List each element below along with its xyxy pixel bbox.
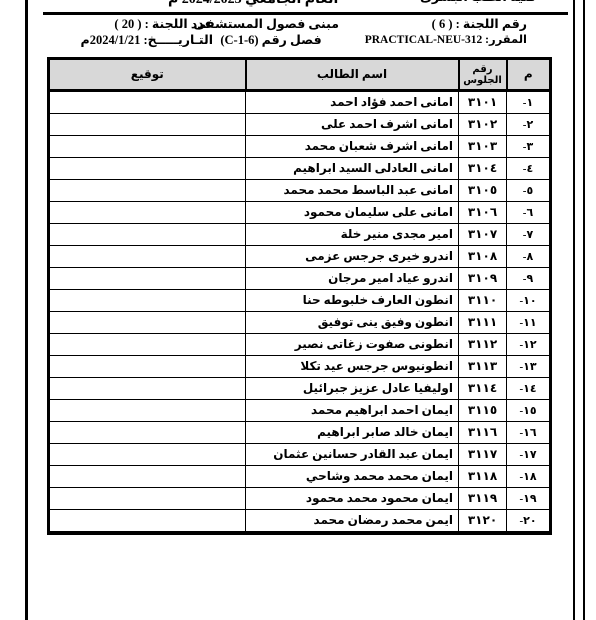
row-number-cell: -١٨ (507, 466, 551, 488)
header-divider-rule (43, 12, 568, 15)
row-number-cell: -١١ (507, 312, 551, 334)
student-name-cell: ايمان خالد صابر ابراهيم (246, 422, 459, 444)
signature-cell (49, 114, 246, 136)
table-row: -٢ ٣١٠٢ امانى اشرف احمد على (49, 114, 551, 136)
header-row: م رقم الجلوس اسم الطالب توقيع (49, 59, 551, 91)
signature-cell (49, 158, 246, 180)
student-name-cell: امير مجدى منير خلة (246, 224, 459, 246)
seat-number-cell: ٣١١٦ (459, 422, 507, 444)
seat-number-cell: ٣١٠٣ (459, 136, 507, 158)
student-name-cell: انطونيوس جرجس عيد تكلا (246, 356, 459, 378)
row-number-cell: -١ (507, 91, 551, 114)
page-border-right-outer (583, 0, 585, 620)
seat-number-cell: ٣١٠٩ (459, 268, 507, 290)
row-number-cell: -٩ (507, 268, 551, 290)
signature-cell (49, 202, 246, 224)
seat-number-cell: ٣١٠٨ (459, 246, 507, 268)
table-row: -١٥ ٣١١٥ ايمان احمد ابراهيم محمد (49, 400, 551, 422)
table-row: -٧ ٣١٠٧ امير مجدى منير خلة (49, 224, 551, 246)
student-name-cell: امانى احمد فؤاد احمد (246, 91, 459, 114)
page-border-right-inner (573, 0, 575, 620)
signature-cell (49, 290, 246, 312)
table-row: -٤ ٣١٠٤ امانى العادلى السيد ابراهيم (49, 158, 551, 180)
table-row: -١٦ ٣١١٦ ايمان خالد صابر ابراهيم (49, 422, 551, 444)
row-number-cell: -١٠ (507, 290, 551, 312)
row-number-cell: -١٧ (507, 444, 551, 466)
signature-cell (49, 180, 246, 202)
student-name-cell: اندرو خيرى جرجس عزمى (246, 246, 459, 268)
signature-cell (49, 400, 246, 422)
table-row: -١٢ ٣١١٢ انطونى صفوت زغاتى نصير (49, 334, 551, 356)
room-number: فصل رقم (C-1-6) (203, 32, 339, 48)
signature-cell (49, 334, 246, 356)
row-number-cell: -٤ (507, 158, 551, 180)
student-name-cell: انطونى صفوت زغاتى نصير (246, 334, 459, 356)
seat-number-cell: ٣١١٧ (459, 444, 507, 466)
col-header-name: اسم الطالب (246, 59, 459, 91)
table-row: -١ ٣١٠١ امانى احمد فؤاد احمد (49, 91, 551, 114)
faculty-title: كلية الطب البشرى (420, 0, 536, 5)
student-name-cell: ايمان احمد ابراهيم محمد (246, 400, 459, 422)
seat-number-cell: ٣١٠٧ (459, 224, 507, 246)
seat-number-cell: ٣١١١ (459, 312, 507, 334)
seat-number-cell: ٣١١٩ (459, 488, 507, 510)
committee-count: عدد اللجنة : ( 20 ) (81, 16, 213, 32)
row-number-cell: -٥ (507, 180, 551, 202)
col-header-seat: رقم الجلوس (459, 59, 507, 91)
course-code: المقرر: PRACTICAL-NEU-312 (365, 32, 527, 48)
row-number-cell: -٧ (507, 224, 551, 246)
seat-number-cell: ٣١١٨ (459, 466, 507, 488)
info-column-left: عدد اللجنة : ( 20 ) التـاريـــــخ: 2024/… (81, 16, 213, 48)
seat-number-cell: ٣١٢٠ (459, 510, 507, 534)
page-border-left (25, 0, 28, 620)
student-name-cell: امانى عبد الباسط محمد محمد (246, 180, 459, 202)
table-row: -١٨ ٣١١٨ ايمان محمد محمد وشاحي (49, 466, 551, 488)
signature-cell (49, 488, 246, 510)
student-name-cell: اوليفيا عادل عزيز جبرائيل (246, 378, 459, 400)
row-number-cell: -١٥ (507, 400, 551, 422)
row-number-cell: -١٩ (507, 488, 551, 510)
exam-date: التـاريـــــخ: 2024/1/21م (81, 32, 213, 48)
row-number-cell: -٦ (507, 202, 551, 224)
table-row: -١٤ ٣١١٤ اوليفيا عادل عزيز جبرائيل (49, 378, 551, 400)
seat-number-cell: ٣١٠٦ (459, 202, 507, 224)
student-name-cell: انطون وفيق ينى توفيق (246, 312, 459, 334)
table-row: -٩ ٣١٠٩ اندرو عياد امير مرجان (49, 268, 551, 290)
table-row: -١٣ ٣١١٣ انطونيوس جرجس عيد تكلا (49, 356, 551, 378)
seat-number-cell: ٣١١٥ (459, 400, 507, 422)
signature-cell (49, 224, 246, 246)
signature-cell (49, 312, 246, 334)
attendance-table-body: -١ ٣١٠١ امانى احمد فؤاد احمد -٢ ٣١٠٢ اما… (49, 91, 551, 534)
table-row: -٨ ٣١٠٨ اندرو خيرى جرجس عزمى (49, 246, 551, 268)
table-row: -١٠ ٣١١٠ انطون العارف خلبوطه حنا (49, 290, 551, 312)
student-name-cell: امانى اشرف شعبان محمد (246, 136, 459, 158)
row-number-cell: -١٦ (507, 422, 551, 444)
building-name: مبنى فصول المستشفى (203, 16, 339, 32)
table-row: -٥ ٣١٠٥ امانى عبد الباسط محمد محمد (49, 180, 551, 202)
signature-cell (49, 91, 246, 114)
row-number-cell: -١٢ (507, 334, 551, 356)
signature-cell (49, 136, 246, 158)
committee-number: رقم اللجنة : ( 6 ) (365, 16, 527, 32)
row-number-cell: -٢ (507, 114, 551, 136)
clipped-top-row: العام الجامعي 2024/2023 م كلية الطب البش… (0, 0, 570, 9)
seat-number-cell: ٣١١٤ (459, 378, 507, 400)
signature-cell (49, 466, 246, 488)
row-number-cell: -١٣ (507, 356, 551, 378)
student-name-cell: ايمان عبد القادر حسانين عثمان (246, 444, 459, 466)
info-column-center: مبنى فصول المستشفى فصل رقم (C-1-6) (203, 16, 339, 48)
seat-number-cell: ٣١٠٤ (459, 158, 507, 180)
signature-cell (49, 246, 246, 268)
exam-info-header: رقم اللجنة : ( 6 ) المقرر: PRACTICAL-NEU… (0, 16, 596, 56)
attendance-table-header: م رقم الجلوس اسم الطالب توقيع (49, 59, 551, 91)
row-number-cell: -٨ (507, 246, 551, 268)
student-name-cell: امانى العادلى السيد ابراهيم (246, 158, 459, 180)
signature-cell (49, 356, 246, 378)
table-row: -١٩ ٣١١٩ ايمان محمود محمد محمود (49, 488, 551, 510)
seat-number-cell: ٣١١٠ (459, 290, 507, 312)
student-name-cell: ايمان محمود محمد محمود (246, 488, 459, 510)
table-row: -٣ ٣١٠٣ امانى اشرف شعبان محمد (49, 136, 551, 158)
info-column-right: رقم اللجنة : ( 6 ) المقرر: PRACTICAL-NEU… (365, 16, 527, 48)
seat-number-cell: ٣١١٣ (459, 356, 507, 378)
signature-cell (49, 444, 246, 466)
table-row: -٢٠ ٣١٢٠ ايمن محمد رمضان محمد (49, 510, 551, 534)
student-name-cell: اندرو عياد امير مرجان (246, 268, 459, 290)
table-row: -٦ ٣١٠٦ امانى على سليمان محمود (49, 202, 551, 224)
row-number-cell: -٢٠ (507, 510, 551, 534)
signature-cell (49, 268, 246, 290)
col-header-signature: توقيع (49, 59, 246, 91)
attendance-table: م رقم الجلوس اسم الطالب توقيع -١ ٣١٠١ ام… (47, 57, 552, 535)
row-number-cell: -١٤ (507, 378, 551, 400)
student-name-cell: امانى اشرف احمد على (246, 114, 459, 136)
student-name-cell: ايمن محمد رمضان محمد (246, 510, 459, 534)
table-row: -١٧ ٣١١٧ ايمان عبد القادر حسانين عثمان (49, 444, 551, 466)
signature-cell (49, 510, 246, 534)
signature-cell (49, 378, 246, 400)
table-row: -١١ ٣١١١ انطون وفيق ينى توفيق (49, 312, 551, 334)
student-name-cell: ايمان محمد محمد وشاحي (246, 466, 459, 488)
student-name-cell: انطون العارف خلبوطه حنا (246, 290, 459, 312)
academic-year-title: العام الجامعي 2024/2023 م (168, 0, 338, 8)
seat-number-cell: ٣١٠٢ (459, 114, 507, 136)
seat-number-cell: ٣١١٢ (459, 334, 507, 356)
col-header-number: م (507, 59, 551, 91)
seat-number-cell: ٣١٠٥ (459, 180, 507, 202)
signature-cell (49, 422, 246, 444)
student-name-cell: امانى على سليمان محمود (246, 202, 459, 224)
row-number-cell: -٣ (507, 136, 551, 158)
seat-number-cell: ٣١٠١ (459, 91, 507, 114)
